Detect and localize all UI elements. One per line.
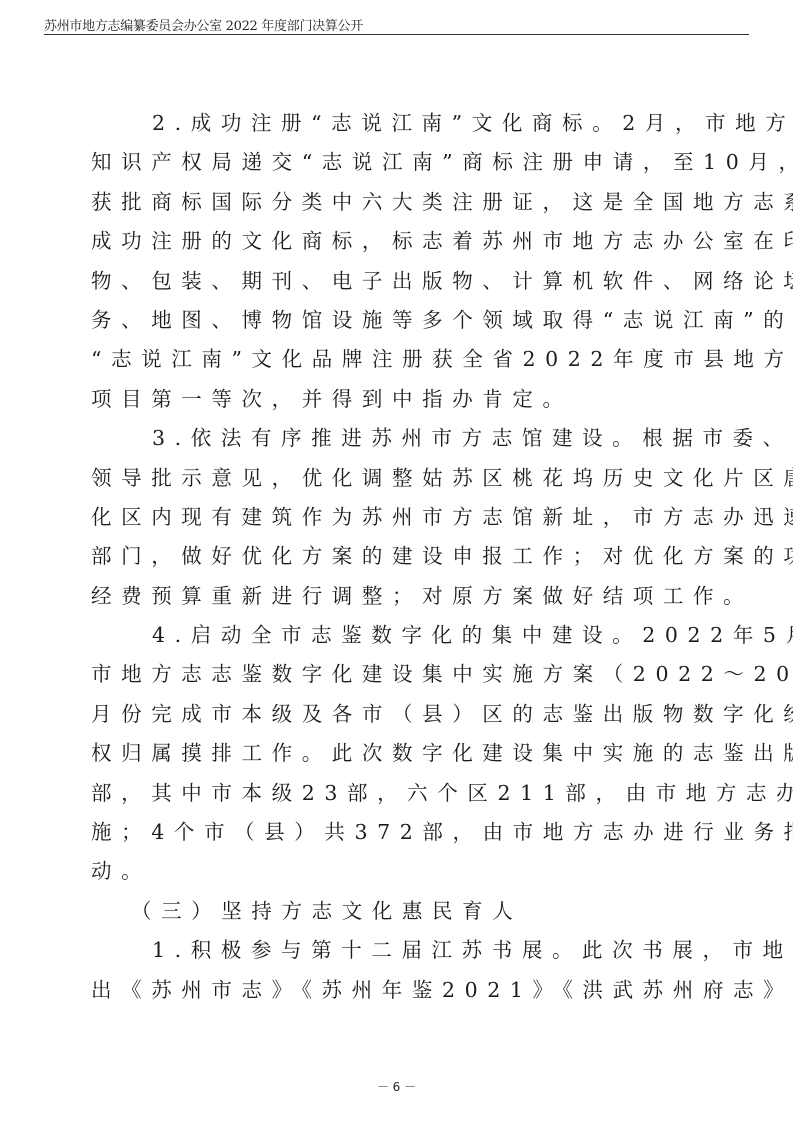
paragraph-line: 动。	[91, 852, 711, 891]
paragraph-line: 部门，做好优化方案的建设申报工作；对优化方案的功能设计、	[91, 537, 711, 576]
paragraph-line: 月份完成市本级及各市（县）区的志鉴出版物数字化统计和著作	[91, 695, 711, 734]
paragraph-line: 施；4个市（县）共372部，由市地方志办进行业务指导和督促推	[91, 813, 711, 852]
page-header: 苏州市地方志编纂委员会办公室 2022 年度部门决算公开	[44, 12, 749, 35]
paragraph-line: 部，其中市本级23部，六个区211部，由市地方志办统一组织实	[91, 774, 711, 813]
document-body: 2.成功注册“志说江南”文化商标。2月，市地方志办向国家 知识产权局递交“志说江…	[91, 104, 711, 1010]
paragraph-line: 3.依法有序推进苏州市方志馆建设。根据市委、市政府主要	[91, 419, 711, 458]
paragraph-line: 4.启动全市志鉴数字化的集中建设。2022年5月制发《苏州	[91, 616, 711, 655]
paragraph-line: 获批商标国际分类中六大类注册证，这是全国地方志系统第一个	[91, 183, 711, 222]
paragraph-line: 市地方志志鉴数字化建设集中实施方案（2022～2024年）》，9	[91, 655, 711, 694]
paragraph-line: 经费预算重新进行调整；对原方案做好结项工作。	[91, 577, 711, 616]
page-number: － 6 －	[0, 1078, 793, 1095]
paragraph-line: 2.成功注册“志说江南”文化商标。2月，市地方志办向国家	[91, 104, 711, 143]
paragraph-line: 化区内现有建筑作为苏州市方志馆新址，市方志办迅速对接相关	[91, 498, 711, 537]
paragraph-line: 物、包装、期刊、电子出版物、计算机软件、网络论坛、新闻服	[91, 262, 711, 301]
paragraph-line: 知识产权局递交“志说江南”商标注册申请，至10月，先后成功	[91, 143, 711, 182]
section-heading: （三）坚持方志文化惠民育人	[91, 892, 711, 931]
document-header-title: 苏州市地方志编纂委员会办公室 2022 年度部门决算公开	[44, 15, 363, 34]
paragraph-line: 项目第一等次，并得到中指办肯定。	[91, 380, 711, 419]
paragraph-line: “志说江南”文化品牌注册获全省2022年度市县地方志特色创新	[91, 340, 711, 379]
paragraph-line: 1.积极参与第十二届江苏书展。此次书展，市地方志办共展	[91, 931, 711, 970]
paragraph-line: 成功注册的文化商标，标志着苏州市地方志办公室在印刷出版	[91, 222, 711, 261]
paragraph-line: 领导批示意见，优化调整姑苏区桃花坞历史文化片区唐寅故居文	[91, 459, 711, 498]
paragraph-line: 出《苏州市志》《苏州年鉴2021》《洪武苏州府志》等200余套	[91, 971, 711, 1010]
paragraph-line: 务、地图、博物馆设施等多个领域取得“志说江南”的商标权。	[91, 301, 711, 340]
paragraph-line: 权归属摸排工作。此次数字化建设集中实施的志鉴出版物共606	[91, 734, 711, 773]
